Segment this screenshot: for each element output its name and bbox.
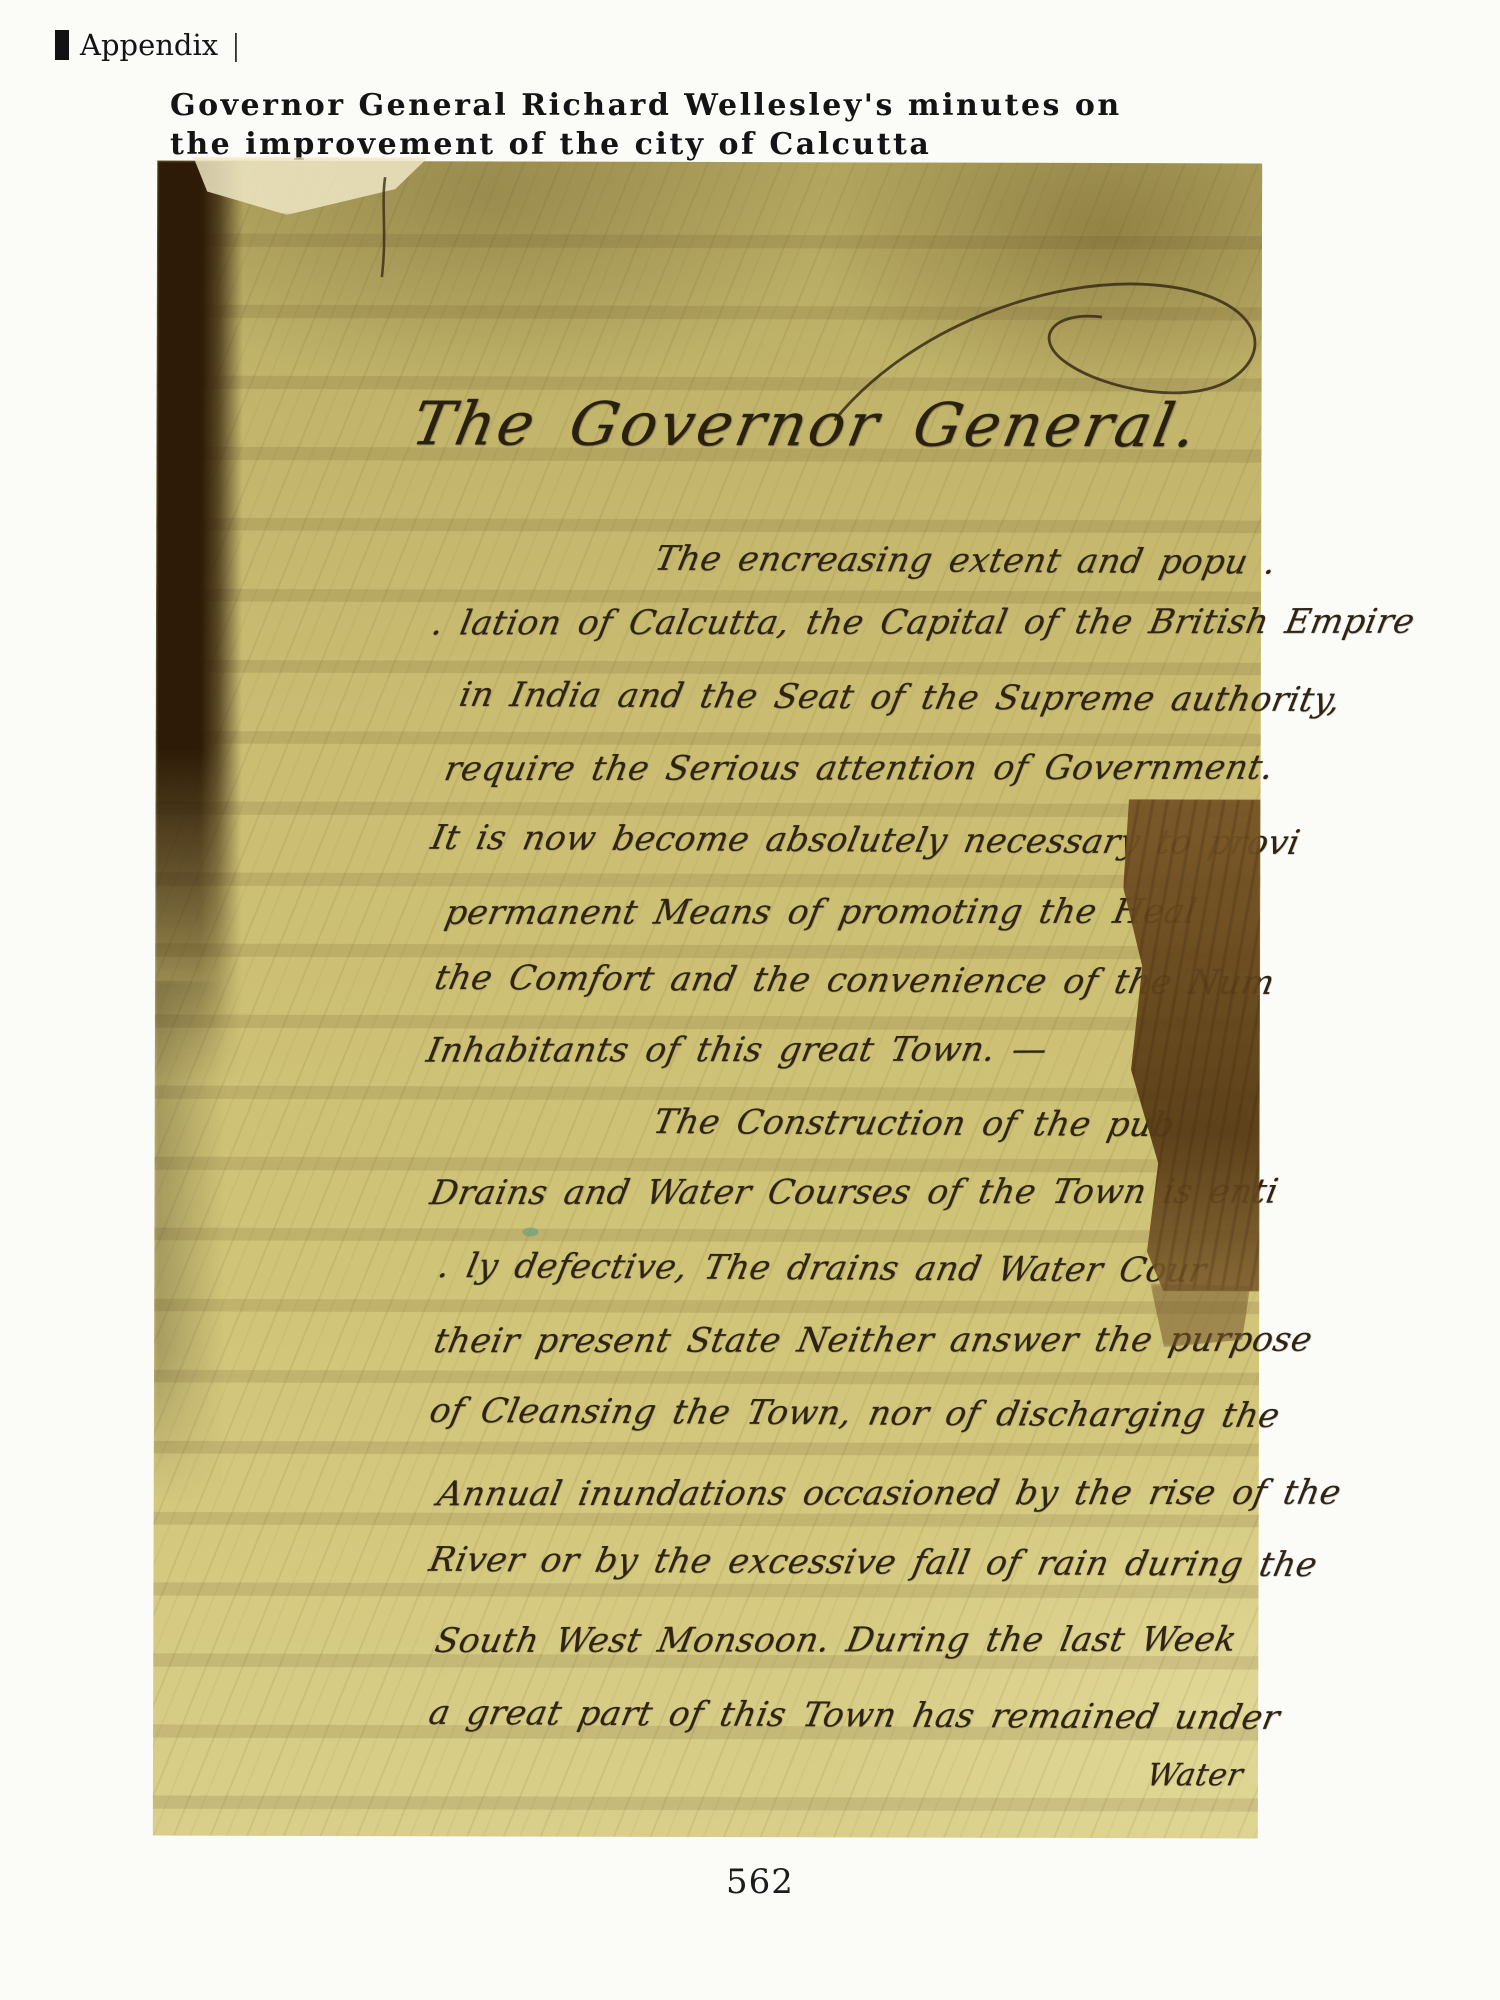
- manuscript-line: permanent Means of promoting the Heal: [441, 890, 1192, 935]
- tape-stain-tail: [1150, 1283, 1250, 1347]
- manuscript-heading: The Governor General.: [406, 389, 1191, 461]
- manuscript-line: in India and the Seat of the Supreme aut…: [456, 673, 1336, 722]
- scanned-book-page: Appendix | Governor General Richard Well…: [0, 0, 1500, 2000]
- ink-speck: [522, 1228, 538, 1237]
- manuscript-line: River or by the excessive fall of rain d…: [425, 1538, 1312, 1587]
- manuscript-line: . lation of Calcutta, the Capital of the…: [428, 600, 1410, 646]
- header-separator: |: [233, 28, 240, 62]
- appendix-header: Appendix |: [55, 28, 241, 62]
- manuscript-line: The Construction of the pub: [650, 1100, 1171, 1147]
- page-title: Governor General Richard Wellesley's min…: [170, 86, 1122, 164]
- header-bar-icon: [55, 30, 69, 60]
- manuscript-line: of Cleansing the Town, nor of dischargin…: [426, 1389, 1275, 1438]
- tape-stain: [1122, 799, 1260, 1291]
- manuscript-line: Inhabitants of this great Town. —: [423, 1028, 1043, 1073]
- page-title-line1: Governor General Richard Wellesley's min…: [170, 86, 1122, 125]
- manuscript-line: require the Serious attention of Governm…: [441, 746, 1269, 791]
- manuscript-water-word: Water: [1143, 1753, 1238, 1797]
- binding-shadow: [154, 981, 225, 1501]
- manuscript-line: . ly defective, The drains and Water Cou…: [434, 1244, 1202, 1293]
- binding-stain: [155, 161, 243, 1081]
- manuscript-line: Annual inundations occasioned by the ris…: [434, 1471, 1337, 1517]
- manuscript-line: South West Monsoon. During the last Week: [431, 1618, 1232, 1663]
- page-number: 562: [690, 1862, 830, 1902]
- manuscript-photo: The Governor General. The encreasing ext…: [153, 161, 1262, 1839]
- appendix-label: Appendix: [80, 28, 218, 62]
- manuscript-line: The encreasing extent and popu .: [651, 537, 1272, 585]
- manuscript-line: a great part of this Town has remained u…: [425, 1691, 1275, 1740]
- manuscript-line: Drains and Water Courses of the Town is …: [426, 1170, 1273, 1215]
